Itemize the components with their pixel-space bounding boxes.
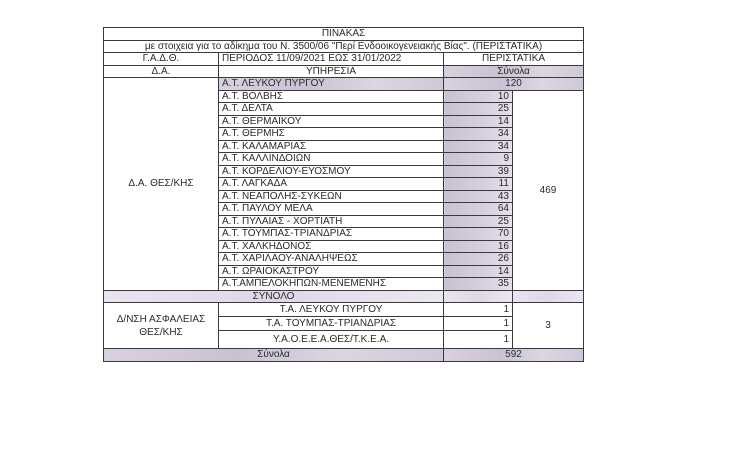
value-cell: 16 — [444, 240, 513, 253]
subtotal-value — [444, 290, 513, 303]
value-cell: 34 — [444, 140, 513, 153]
value-cell: 25 — [444, 103, 513, 116]
subtitle-row: με στοιχεια για το αδίκημα του Ν. 3500/0… — [104, 40, 584, 53]
grand-total-value: 592 — [444, 349, 584, 362]
value-cell: 9 — [444, 153, 513, 166]
header-row-2: Δ.Α. ΥΠΗΡΕΣΙΑ Σύνολα — [104, 65, 584, 78]
grand-total-label: Σύνολα — [104, 349, 444, 362]
value-cell: 70 — [444, 228, 513, 241]
value-cell: 14 — [444, 115, 513, 128]
value-cell: 26 — [444, 253, 513, 266]
value-cell: 10 — [444, 90, 513, 103]
group-name-line1: Δ/ΝΣΗ ΑΣΦΑΛΕΙΑΣ — [117, 314, 206, 325]
service-cell: Α.Τ. ΚΑΛΛΙΝΔΟΙΩΝ — [219, 153, 444, 166]
table-title: ΠΙΝΑΚΑΣ — [104, 28, 584, 41]
service-cell: Α.Τ. ΔΕΛΤΑ — [219, 103, 444, 116]
group-name-line2: ΘΕΣ/ΚΗΣ — [139, 327, 182, 338]
group-name-da-thes: Δ.Α. ΘΕΣ/ΚΗΣ — [104, 78, 219, 291]
header-gadth: Γ.Α.Δ.Θ. — [104, 53, 219, 66]
value-cell: 43 — [444, 190, 513, 203]
value-cell: 14 — [444, 265, 513, 278]
service-cell: Α.Τ. ΛΑΓΚΑΔΑ — [219, 178, 444, 191]
header-service: ΥΠΗΡΕΣΙΑ — [219, 65, 444, 78]
header-row-1: Γ.Α.Δ.Θ. ΠΕΡΙΟΔΟΣ 11/09/2021 ΕΩΣ 31/01/2… — [104, 53, 584, 66]
subtotal-row: ΣΥΝΟΛΟ — [104, 290, 584, 303]
value-cell: 39 — [444, 165, 513, 178]
value-cell: 120 — [444, 78, 584, 91]
header-period: ΠΕΡΙΟΔΟΣ 11/09/2021 ΕΩΣ 31/01/2022 — [219, 53, 444, 66]
cases-table: ΠΙΝΑΚΑΣ με στοιχεια για το αδίκημα του Ν… — [103, 27, 584, 362]
title-row: ΠΙΝΑΚΑΣ — [104, 28, 584, 41]
subtotal-label: ΣΥΝΟΛΟ — [104, 290, 444, 303]
service-cell: Α.Τ. ΠΑΥΛΟΥ ΜΕΛΑ — [219, 203, 444, 216]
service-cell: Α.Τ. ΘΕΡΜΑΪΚΟΥ — [219, 115, 444, 128]
grand-total-row: Σύνολα 592 — [104, 349, 584, 362]
service-cell: Α.Τ.ΑΜΠΕΛΟΚΗΠΩΝ-ΜΕΝΕΜΕΝΗΣ — [219, 278, 444, 291]
service-cell: Α.Τ. ΧΑΛΚΗΔΟΝΟΣ — [219, 240, 444, 253]
group-total-da-thes: 469 — [513, 90, 584, 290]
value-cell: 11 — [444, 178, 513, 191]
service-cell: Α.Τ. ΝΕΑΠΟΛΗΣ-ΣΥΚΕΩΝ — [219, 190, 444, 203]
service-cell: Τ.Α. ΛΕΥΚΟΥ ΠΥΡΓΟΥ — [219, 303, 444, 317]
service-cell: Α.Τ. ΠΥΛΑΙΑΣ - ΧΟΡΤΙΑΤΗ — [219, 215, 444, 228]
service-cell: Α.Τ. ΚΟΡΔΕΛΙΟΥ-ΕΥΟΣΜΟΥ — [219, 165, 444, 178]
value-cell: 64 — [444, 203, 513, 216]
subtotal-blank — [513, 290, 584, 303]
header-totals: Σύνολα — [444, 65, 584, 78]
service-cell: Α.Τ. ΧΑΡΙΛΑΟΥ-ΑΝΑΛΗΨΕΩΣ — [219, 253, 444, 266]
value-cell: 1 — [444, 317, 513, 331]
table-subtitle: με στοιχεια για το αδίκημα του Ν. 3500/0… — [104, 40, 584, 53]
value-cell: 35 — [444, 278, 513, 291]
table-row: Δ/ΝΣΗ ΑΣΦΑΛΕΙΑΣ ΘΕΣ/ΚΗΣ Τ.Α. ΛΕΥΚΟΥ ΠΥΡΓ… — [104, 303, 584, 317]
value-cell: 25 — [444, 215, 513, 228]
service-cell: Α.Τ. ΒΟΛΒΗΣ — [219, 90, 444, 103]
group-total-security-directorate: 3 — [513, 303, 584, 349]
value-cell: 1 — [444, 303, 513, 317]
service-cell: Α.Τ. ΘΕΡΜΗΣ — [219, 128, 444, 141]
header-da: Δ.Α. — [104, 65, 219, 78]
service-cell: Τ.Α. ΤΟΥΜΠΑΣ-ΤΡΙΑΝΔΡΙΑΣ — [219, 317, 444, 331]
service-cell: Α.Τ. ΤΟΥΜΠΑΣ-ΤΡΙΑΝΔΡΙΑΣ — [219, 228, 444, 241]
service-cell: Α.Τ. ΚΑΛΑΜΑΡΙΑΣ — [219, 140, 444, 153]
service-cell: Α.Τ. ΛΕΥΚΟΥ ΠΥΡΓΟΥ — [219, 78, 444, 91]
table-row: Δ.Α. ΘΕΣ/ΚΗΣ Α.Τ. ΛΕΥΚΟΥ ΠΥΡΓΟΥ 120 — [104, 78, 584, 91]
statistics-sheet: ΠΙΝΑΚΑΣ με στοιχεια για το αδίκημα του Ν… — [103, 27, 583, 362]
value-cell: 34 — [444, 128, 513, 141]
service-cell: Α.Τ. ΩΡΑΙΟΚΑΣΤΡΟΥ — [219, 265, 444, 278]
value-cell: 1 — [444, 331, 513, 349]
header-cases: ΠΕΡΙΣΤΑΤΙΚΑ — [444, 53, 584, 66]
service-cell: Υ.Α.Ο.Ε.Ε.Α.ΘΕΣ/Τ.Κ.Ε.Α. — [219, 331, 444, 349]
group-name-security-directorate: Δ/ΝΣΗ ΑΣΦΑΛΕΙΑΣ ΘΕΣ/ΚΗΣ — [104, 303, 219, 349]
